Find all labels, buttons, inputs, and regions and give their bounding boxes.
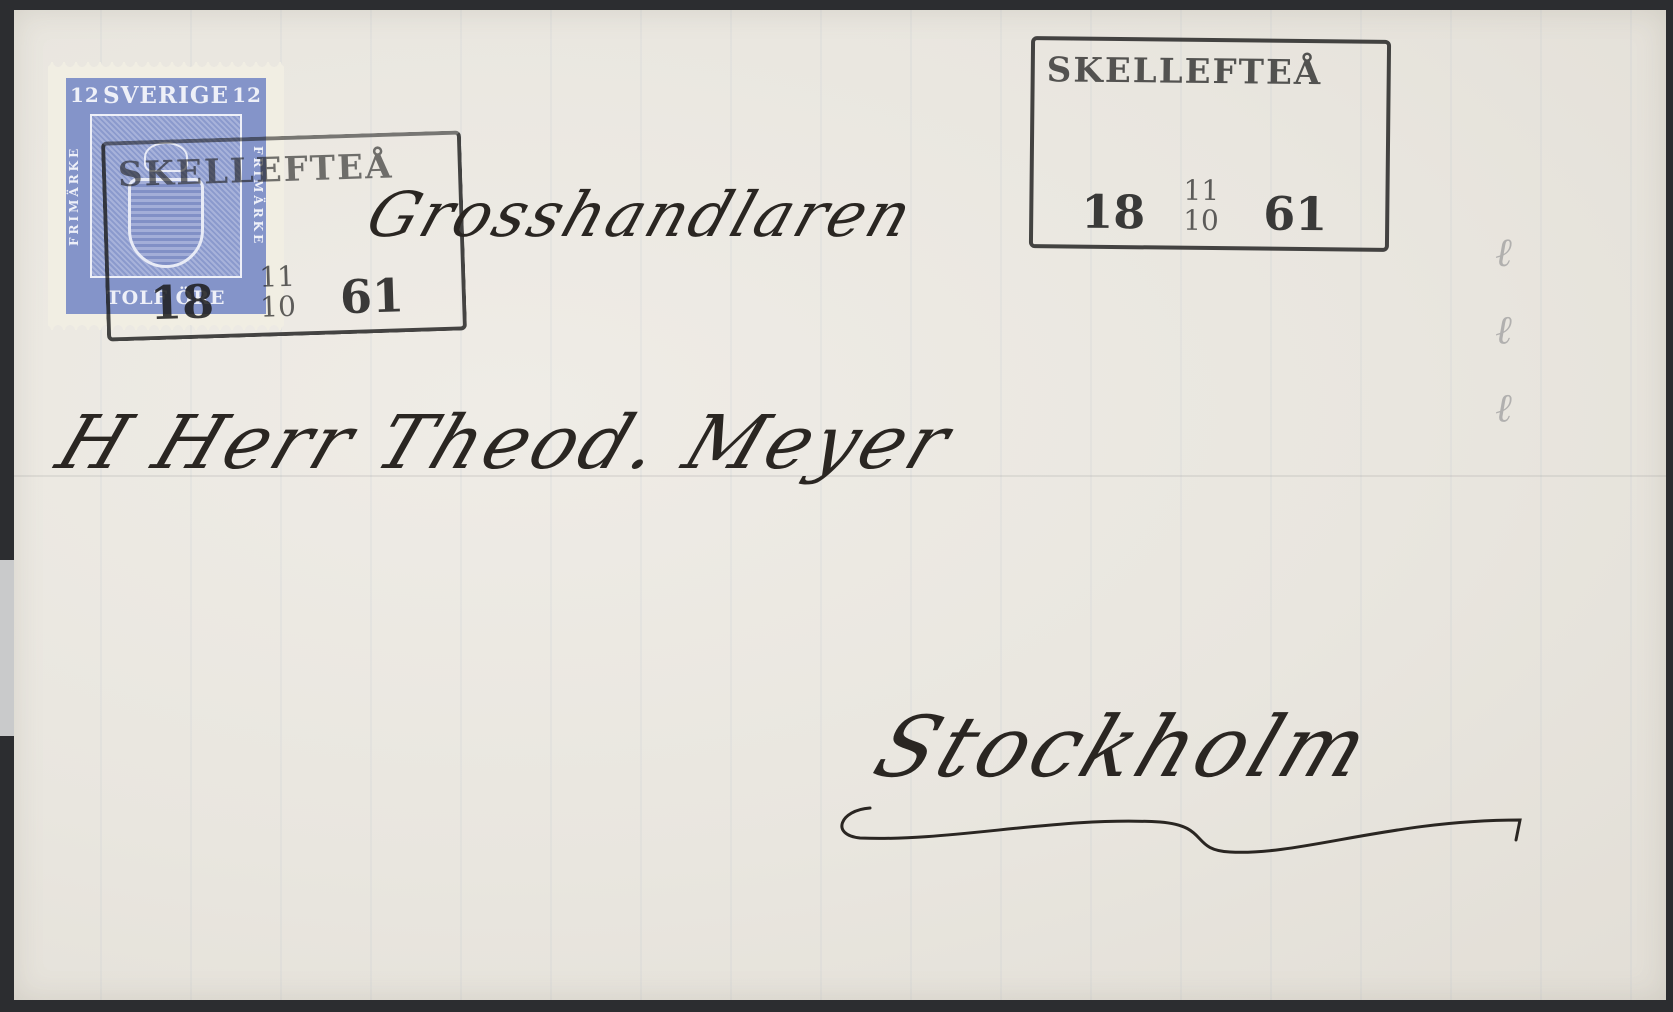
pencil-annotation: ℓ ℓ ℓ — [1480, 230, 1527, 440]
stamp-top-band: 12 SVERIGE 12 — [66, 78, 266, 112]
postmark-year-prefix: 18 — [149, 274, 215, 330]
postmark-year-suffix: 61 — [1263, 187, 1328, 242]
underline-flourish — [830, 780, 1530, 870]
stamp-value-left: 12 — [70, 83, 100, 107]
postmark-month: 10 — [260, 292, 297, 323]
postmark-day: 11 — [259, 262, 296, 293]
address-line-title: Grosshandlaren — [358, 178, 923, 251]
postmark-top-right: SKELLEFTEÅ 18 11 10 61 — [1029, 36, 1391, 252]
stamp-country: SVERIGE — [103, 82, 229, 109]
postmark-year-suffix: 61 — [339, 268, 405, 324]
postmark-month: 10 — [1183, 206, 1219, 236]
postmark-day: 11 — [1183, 176, 1219, 206]
postmark-day-month: 11 10 — [1183, 176, 1219, 236]
address-line-recipient: H Herr Theod. Meyer — [46, 400, 964, 486]
postmark-town: SKELLEFTEÅ — [1047, 50, 1323, 93]
postmark-town: SKELLEFTEÅ — [117, 147, 394, 196]
stamp-side-left: FRIMÄRKE — [67, 118, 89, 274]
postmark-year-prefix: 18 — [1081, 185, 1146, 240]
postmark-day-month: 11 10 — [259, 262, 297, 323]
stamp-value-right: 12 — [232, 83, 262, 107]
